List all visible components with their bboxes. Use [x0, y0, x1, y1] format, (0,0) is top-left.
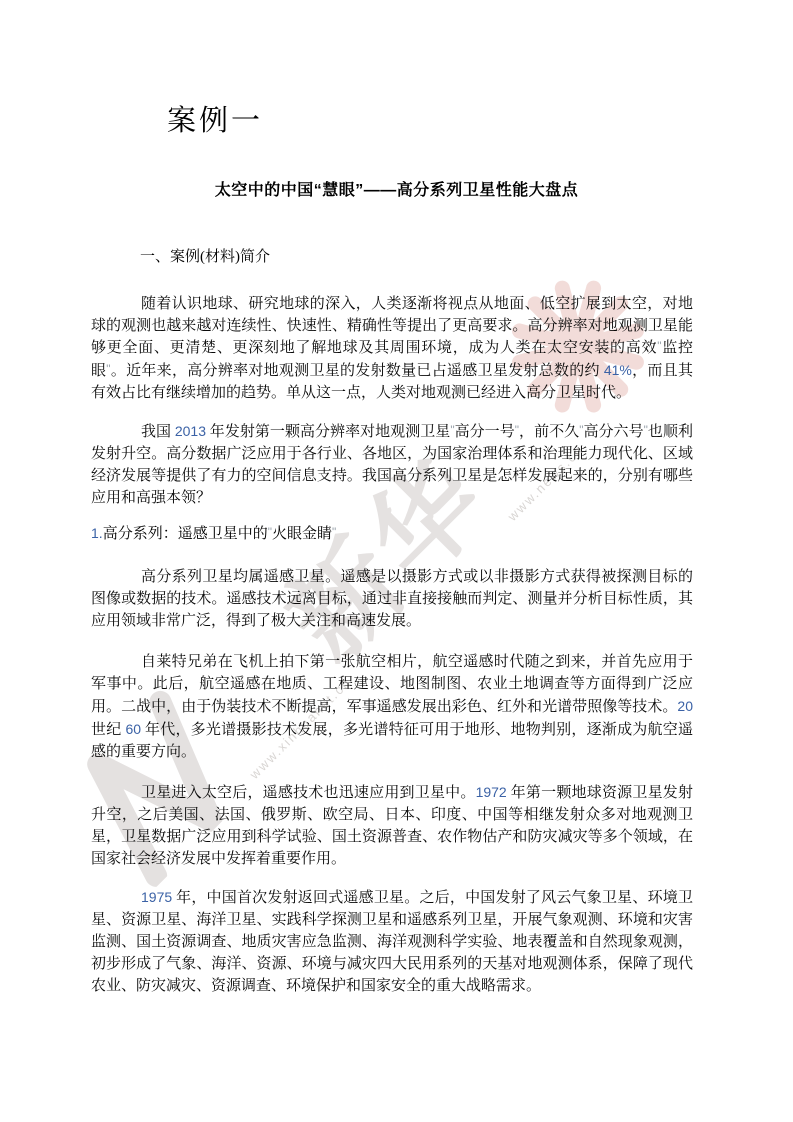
document-title: 太空中的中国“慧眼”——高分系列卫星性能大盘点 — [0, 180, 793, 202]
paragraph: 1975 年，中国首次发射返回式遥感卫星。之后，中国发射了风云气象卫星、环境卫星… — [91, 886, 693, 997]
paragraph: 自莱特兄弟在飞机上拍下第一张航空相片，航空遥感时代随之到来，并首先应用于军事中。… — [91, 651, 693, 763]
case-label: 案例一 — [167, 103, 263, 139]
paragraph: 卫星进入太空后，遥感技术也迅速应用到卫星中。1972 年第一颗地球资源卫星发射升… — [91, 781, 693, 870]
subsection-heading: 1.高分系列：遥感卫星中的"火眼金睛" — [91, 522, 336, 545]
paragraph: 高分系列卫星均属遥感卫星。遥感是以摄影方式或以非摄影方式获得被探测目标的图像或数… — [91, 566, 693, 632]
paragraph: 我国 2013 年发射第一颗高分辨率对地观测卫星"高分一号"，前不久"高分六号"… — [91, 420, 693, 509]
paragraph: 随着认识地球、研究地球的深入，人类逐渐将视点从地面、低空扩展到太空，对地球的观测… — [91, 293, 693, 404]
document-page: www.xinhuanet.cn 新华 www.news.cn 案例一 太空中的… — [0, 0, 793, 1122]
section-heading: 一、案例(材料)简介 — [91, 246, 270, 268]
